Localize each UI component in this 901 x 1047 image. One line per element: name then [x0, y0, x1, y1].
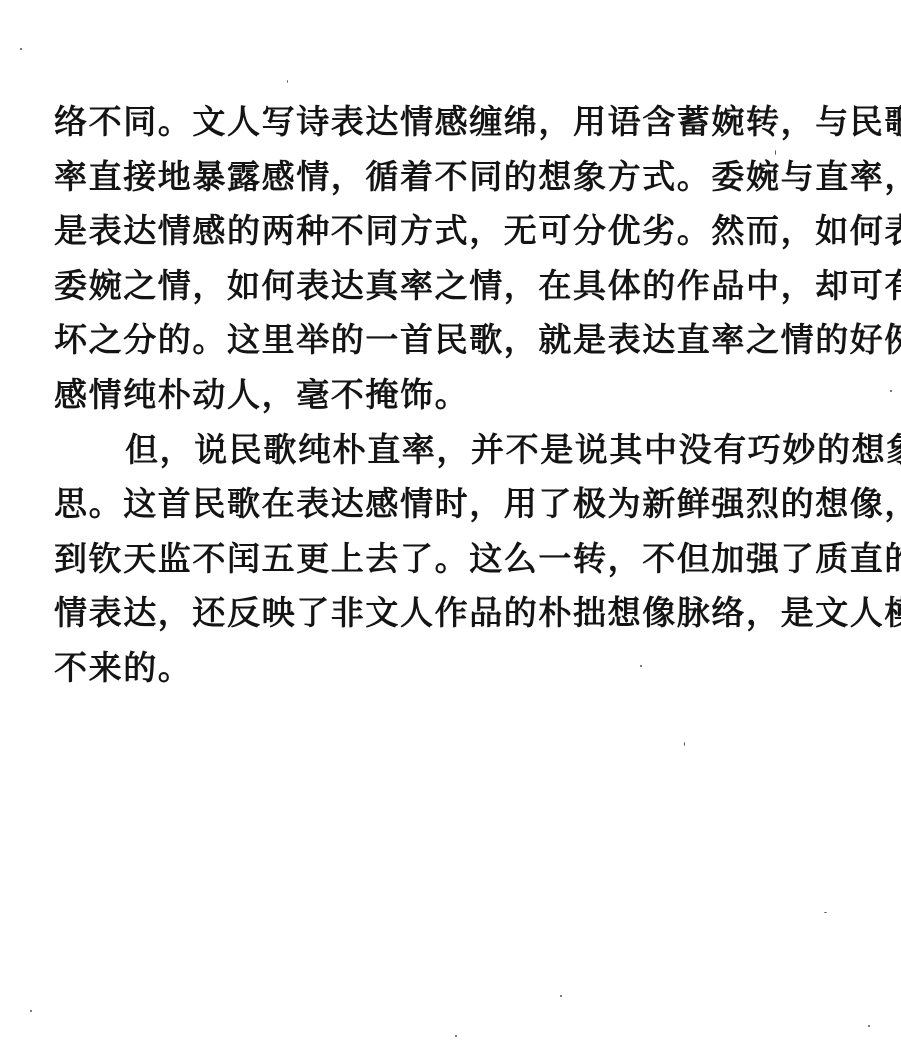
scan-speck — [455, 1035, 457, 1037]
body-text: 络不同。文人写诗表达情感缠绵，用语含蓄婉转，与民歌真 率直接地暴露感情，循着不同… — [54, 95, 814, 696]
scan-speck — [640, 665, 642, 667]
scan-speck — [684, 742, 685, 746]
text-line: 委婉之情，如何表达真率之情，在具体的作品中，却可有好 — [54, 259, 814, 314]
text-line: 但，说民歌纯朴直率，并不是说其中没有巧妙的想象构 — [54, 423, 814, 478]
text-line: 坏之分的。这里举的一首民歌，就是表达直率之情的好例子， — [54, 313, 814, 368]
text-line: 情表达，还反映了非文人作品的朴拙想像脉络，是文人模拟 — [54, 586, 814, 641]
scan-speck — [287, 80, 288, 83]
text-line: 络不同。文人写诗表达情感缠绵，用语含蓄婉转，与民歌真 — [54, 95, 814, 150]
scan-speck — [775, 150, 776, 155]
scan-speck — [30, 1010, 32, 1012]
text-line: 不来的。 — [54, 641, 814, 696]
text-line: 感情纯朴动人，毫不掩饰。 — [54, 368, 814, 423]
scan-speck — [890, 390, 892, 392]
scan-speck — [824, 912, 827, 913]
text-line: 到钦天监不闰五更上去了。这么一转，不但加强了质直的感 — [54, 532, 814, 587]
paragraph-1: 络不同。文人写诗表达情感缠绵，用语含蓄婉转，与民歌真 率直接地暴露感情，循着不同… — [54, 95, 814, 423]
scan-speck — [20, 48, 22, 50]
scan-speck — [560, 995, 562, 997]
scan-speck — [868, 1025, 870, 1027]
text-line: 思。这首民歌在表达感情时，用了极为新鲜强烈的想像，转 — [54, 477, 814, 532]
text-line: 是表达情感的两种不同方式，无可分优劣。然而，如何表达 — [54, 204, 814, 259]
scanned-page: 络不同。文人写诗表达情感缠绵，用语含蓄婉转，与民歌真 率直接地暴露感情，循着不同… — [0, 0, 901, 1047]
text-line: 率直接地暴露感情，循着不同的想象方式。委婉与直率，本 — [54, 150, 814, 205]
paragraph-2: 但，说民歌纯朴直率，并不是说其中没有巧妙的想象构 思。这首民歌在表达感情时，用了… — [54, 423, 814, 696]
